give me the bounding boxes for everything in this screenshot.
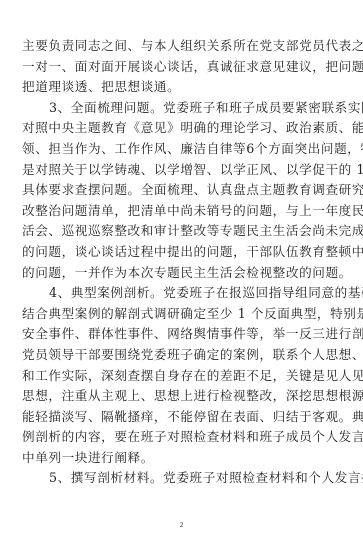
section-heading-line: 3、全面梳理问题。党委班子和班子成员要紧密联系实际， bbox=[22, 98, 342, 119]
document-page: 主要负责同志之间、与本人组织关系所在党支部党员代表之间， 一对一、面对面开展谈心… bbox=[0, 0, 363, 550]
section-heading-line: 4、典型案例剖析。党委班子在报巡回指导组同意的基础上， bbox=[22, 283, 342, 304]
text-line: 改整治问题清单，把清单中尚未销号的问题，与上一年度民主生 bbox=[22, 201, 342, 222]
text-line: 领、担当作为、工作作风、廉洁自律等6个方面突出问题，特别 bbox=[22, 139, 342, 160]
text-line: 具体要求查摆问题。全面梳理、认真盘点主题教育调查研究、整 bbox=[22, 180, 342, 201]
text-line: 安全事件、群体性事件、网络舆情事件等，举一反三进行剖析。 bbox=[22, 324, 342, 345]
text-line: 结合典型案例的解剖式调研确定至少 1 个反面典型，特别是公共 bbox=[22, 304, 342, 325]
text-line: 思想，注重从主观上、思想上进行检视整改，深挖思想根源，不 bbox=[22, 386, 342, 407]
text-line: 一对一、面对面开展谈心谈话，真诚征求意见建议，把问题谈开、 bbox=[22, 57, 342, 78]
text-line: 活会、巡视巡察整改和审计整改等专题民主生活会尚未完成整改 bbox=[22, 221, 342, 242]
text-line: 的问题，一并作为本次专题民主生活会检视整改的问题。 bbox=[22, 263, 342, 284]
page-number: 2 bbox=[0, 521, 363, 529]
section-heading-line: 5、撰写剖析材料。党委班子对照检查材料和个人发言提纲 bbox=[22, 468, 342, 489]
text-line: 例剖析的内容，要在班子对照检查材料和班子成员个人发言提纲 bbox=[22, 427, 342, 448]
text-line: 对照中央主题教育《意见》明确的理论学习、政治素质、能力本 bbox=[22, 118, 342, 139]
text-line: 中单列一块进行阐释。 bbox=[22, 448, 342, 469]
text-line: 党员领导干部要围绕党委班子确定的案例，联系个人思想、学习 bbox=[22, 345, 342, 366]
text-line: 主要负责同志之间、与本人组织关系所在党支部党员代表之间， bbox=[22, 36, 342, 57]
text-line: 的问题，谈心谈话过程中提出的问题，干部队伍教育整顿中查摆 bbox=[22, 242, 342, 263]
text-line: 把道理谈透、把思想谈通。 bbox=[22, 77, 342, 98]
text-line: 是对照关于以学铸魂、以学增智、以学正风、以学促干的 12 条 bbox=[22, 160, 342, 181]
text-line: 能轻描淡写、隔靴搔痒，不能停留在表面、归结于客观。典型案 bbox=[22, 407, 342, 428]
text-line: 和工作实际，深刻查摆自身存在的差距不足，关键是见人见事见 bbox=[22, 366, 342, 387]
body-text: 主要负责同志之间、与本人组织关系所在党支部党员代表之间， 一对一、面对面开展谈心… bbox=[22, 36, 342, 489]
